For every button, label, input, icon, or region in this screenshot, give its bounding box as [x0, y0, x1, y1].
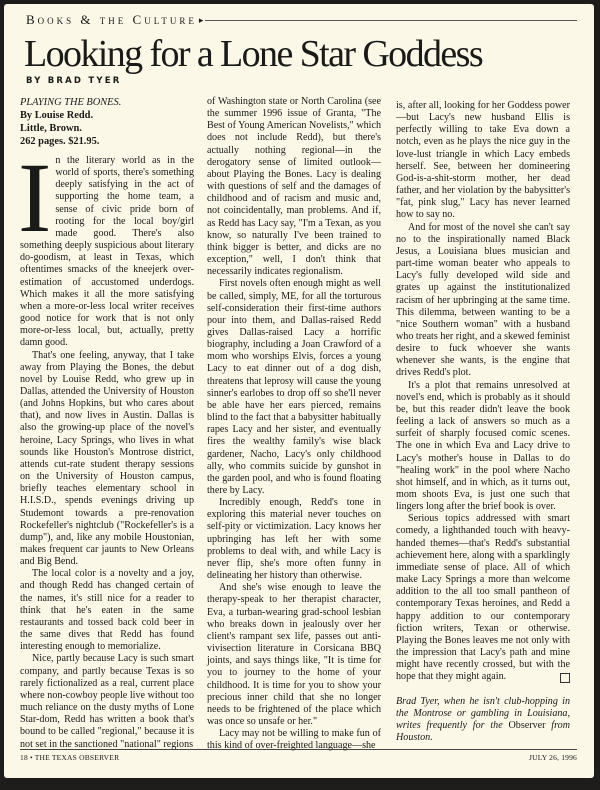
paragraph: That's one feeling, anyway, that I take …	[20, 350, 194, 569]
paragraph-continued: is, after all, looking for her Goddess p…	[396, 100, 570, 222]
magazine-page: Books & the Culture ▸ Looking for a Lone…	[4, 4, 594, 778]
page-footer: 18 • THE TEXAS OBSERVER JULY 26, 1996	[20, 749, 577, 762]
footer-page-label: 18 • THE TEXAS OBSERVER	[20, 753, 119, 762]
arrow-icon: ▸	[199, 15, 204, 26]
book-title: PLAYING THE BONES.	[20, 96, 194, 109]
end-mark-icon	[560, 673, 570, 683]
paragraph: In the literary world as in the world of…	[20, 155, 194, 350]
byline: BY BRAD TYER	[26, 76, 121, 86]
section-label: Books & the Culture	[26, 12, 197, 28]
paragraph: Serious topics addressed with smart come…	[396, 513, 570, 683]
column-1: PLAYING THE BONES. By Louise Redd. Littl…	[20, 96, 194, 751]
author-bio: Brad Tyer, when he isn't club-hopping in…	[396, 696, 570, 745]
column-2: of Washington state or North Carolina (s…	[207, 96, 381, 752]
paragraph: Nice, partly because Lacy is such smart …	[20, 653, 194, 750]
paragraph: And she's wise enough to leave the thera…	[207, 582, 381, 728]
book-publisher: Little, Brown.	[20, 122, 194, 135]
paragraph: It's a plot that remains unresolved at n…	[396, 380, 570, 514]
paragraph: Incredibly enough, Redd's tone in explor…	[207, 497, 381, 582]
header-rule	[205, 20, 577, 21]
book-author: By Louise Redd.	[20, 109, 194, 122]
paragraph: And for most of the novel she can't say …	[396, 222, 570, 380]
drop-cap: I	[18, 155, 51, 237]
paragraph: First novels often enough might as well …	[207, 278, 381, 497]
section-header: Books & the Culture ▸	[26, 12, 577, 28]
book-info: PLAYING THE BONES. By Louise Redd. Littl…	[20, 96, 194, 148]
article-title: Looking for a Lone Star Goddess	[24, 34, 482, 74]
paragraph: The local color is a novelty and a joy, …	[20, 568, 194, 653]
footer-date: JULY 26, 1996	[529, 753, 577, 762]
column-3: is, after all, looking for her Goddess p…	[396, 100, 570, 744]
paragraph-continued: of Washington state or North Carolina (s…	[207, 96, 381, 278]
book-details: 262 pages. $21.95.	[20, 135, 194, 148]
